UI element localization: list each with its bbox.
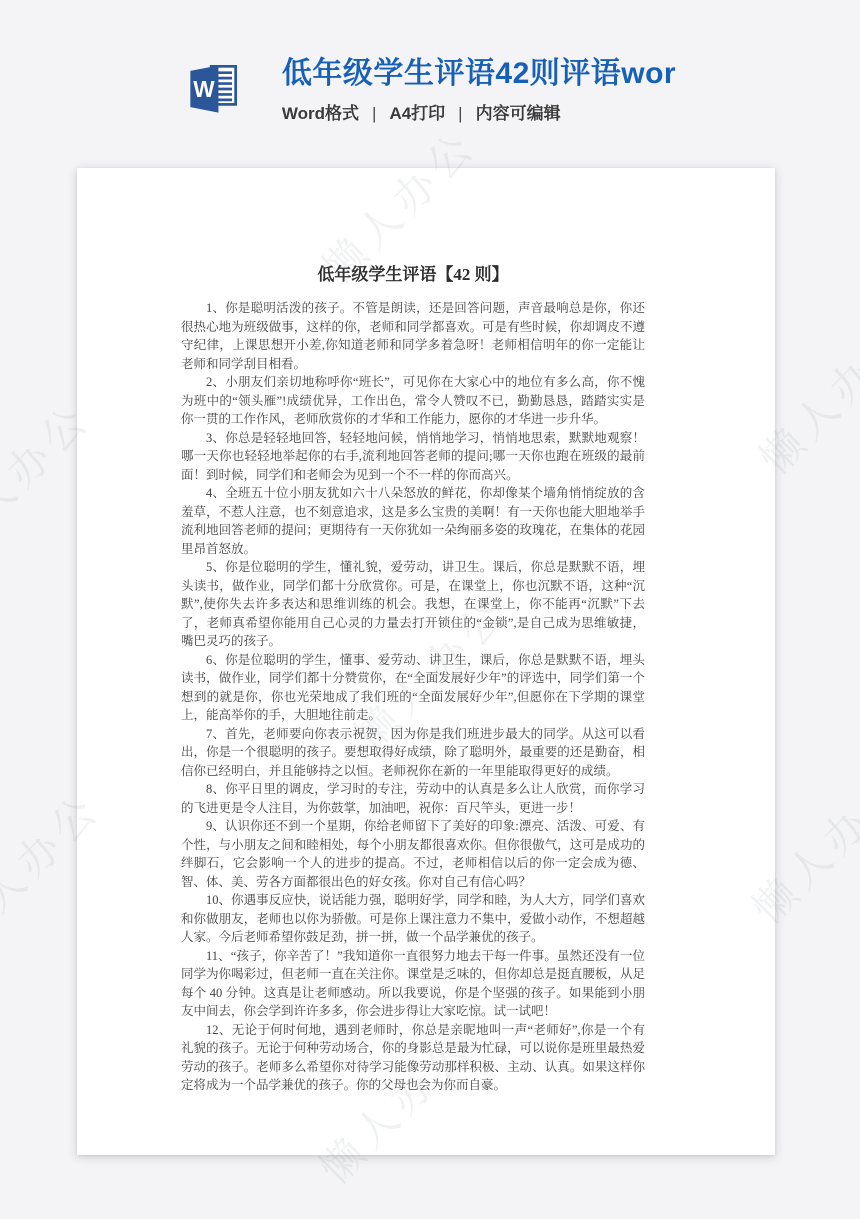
document-paragraph: 8、你平日里的调皮，学习时的专注，劳动中的认真是多么让人欣赏，而你学习的飞进更是… xyxy=(181,780,645,817)
subtitle-print: A4打印 xyxy=(389,104,445,123)
header-text: 低年级学生评语42则评语wor Word格式|A4打印|内容可编辑 xyxy=(282,56,676,124)
word-icon-letter: W xyxy=(193,76,215,102)
document-paragraph: 4、全班五十位小朋友犹如六十八朵怒放的鲜花，你却像某个墙角悄悄绽放的含羞草，不惹… xyxy=(181,484,645,558)
word-icon: W xyxy=(184,60,242,118)
page-subtitle: Word格式|A4打印|内容可编辑 xyxy=(282,99,676,124)
document-paragraph: 11、“孩子，你辛苦了！”我知道你一直很努力地去干每一件事。虽然还没有一位同学为… xyxy=(181,947,645,1021)
page-background: W 低年级学生评语42则评语wor Word格式|A4打印|内容可编辑 低年级学… xyxy=(0,0,860,1219)
document-paragraph: 10、你遇事反应快，说话能力强，聪明好学，同学和睦，为人大方，同学们喜欢和你做朋… xyxy=(181,891,645,947)
document-paragraph: 2、小朋友们亲切地称呼你“班长”，可见你在大家心中的地位有多么高，你不愧为班中的… xyxy=(181,373,645,429)
document-body: 1、你是聪明活泼的孩子。不管是朗读，还是回答问题，声音最响总是你，你还很热心地为… xyxy=(181,299,645,1095)
subtitle-editable: 内容可编辑 xyxy=(476,104,561,123)
document-paragraph: 1、你是聪明活泼的孩子。不管是朗读，还是回答问题，声音最响总是你，你还很热心地为… xyxy=(181,299,645,373)
document-paragraph: 12、无论于何时何地，遇到老师时，你总是亲昵地叫一声“老师好”,你是一个有礼貌的… xyxy=(181,1021,645,1095)
document-paragraph: 5、你是位聪明的学生，懂礼貌，爱劳动，讲卫生。课后，你总是默默不语，埋头读书，做… xyxy=(181,558,645,651)
subtitle-separator: | xyxy=(458,104,462,123)
document-paragraph: 3、你总是轻轻地回答，轻轻地问候，悄悄地学习，悄悄地思索，默默地观察！哪一天你也… xyxy=(181,429,645,485)
document-paragraph: 7、首先，老师要向你表示祝贺，因为你是我们班进步最大的同学。从这可以看出，你是一… xyxy=(181,725,645,781)
document-paragraph: 6、你是位聪明的学生，懂事、爱劳动、讲卫生，课后，你总是默默不语，埋头读书，做作… xyxy=(181,651,645,725)
document-title: 低年级学生评语【42 则】 xyxy=(181,260,645,285)
page-title[interactable]: 低年级学生评语42则评语wor xyxy=(282,56,676,92)
site-header: W 低年级学生评语42则评语wor Word格式|A4打印|内容可编辑 xyxy=(0,0,860,124)
document-page: 低年级学生评语【42 则】 1、你是聪明活泼的孩子。不管是朗读，还是回答问题，声… xyxy=(77,168,775,1155)
subtitle-format: Word格式 xyxy=(282,104,359,123)
subtitle-separator: | xyxy=(372,104,376,123)
document-paragraph: 9、认识你还不到一个星期，你给老师留下了美好的印象:漂亮、活泼、可爱、有个性，与… xyxy=(181,817,645,891)
